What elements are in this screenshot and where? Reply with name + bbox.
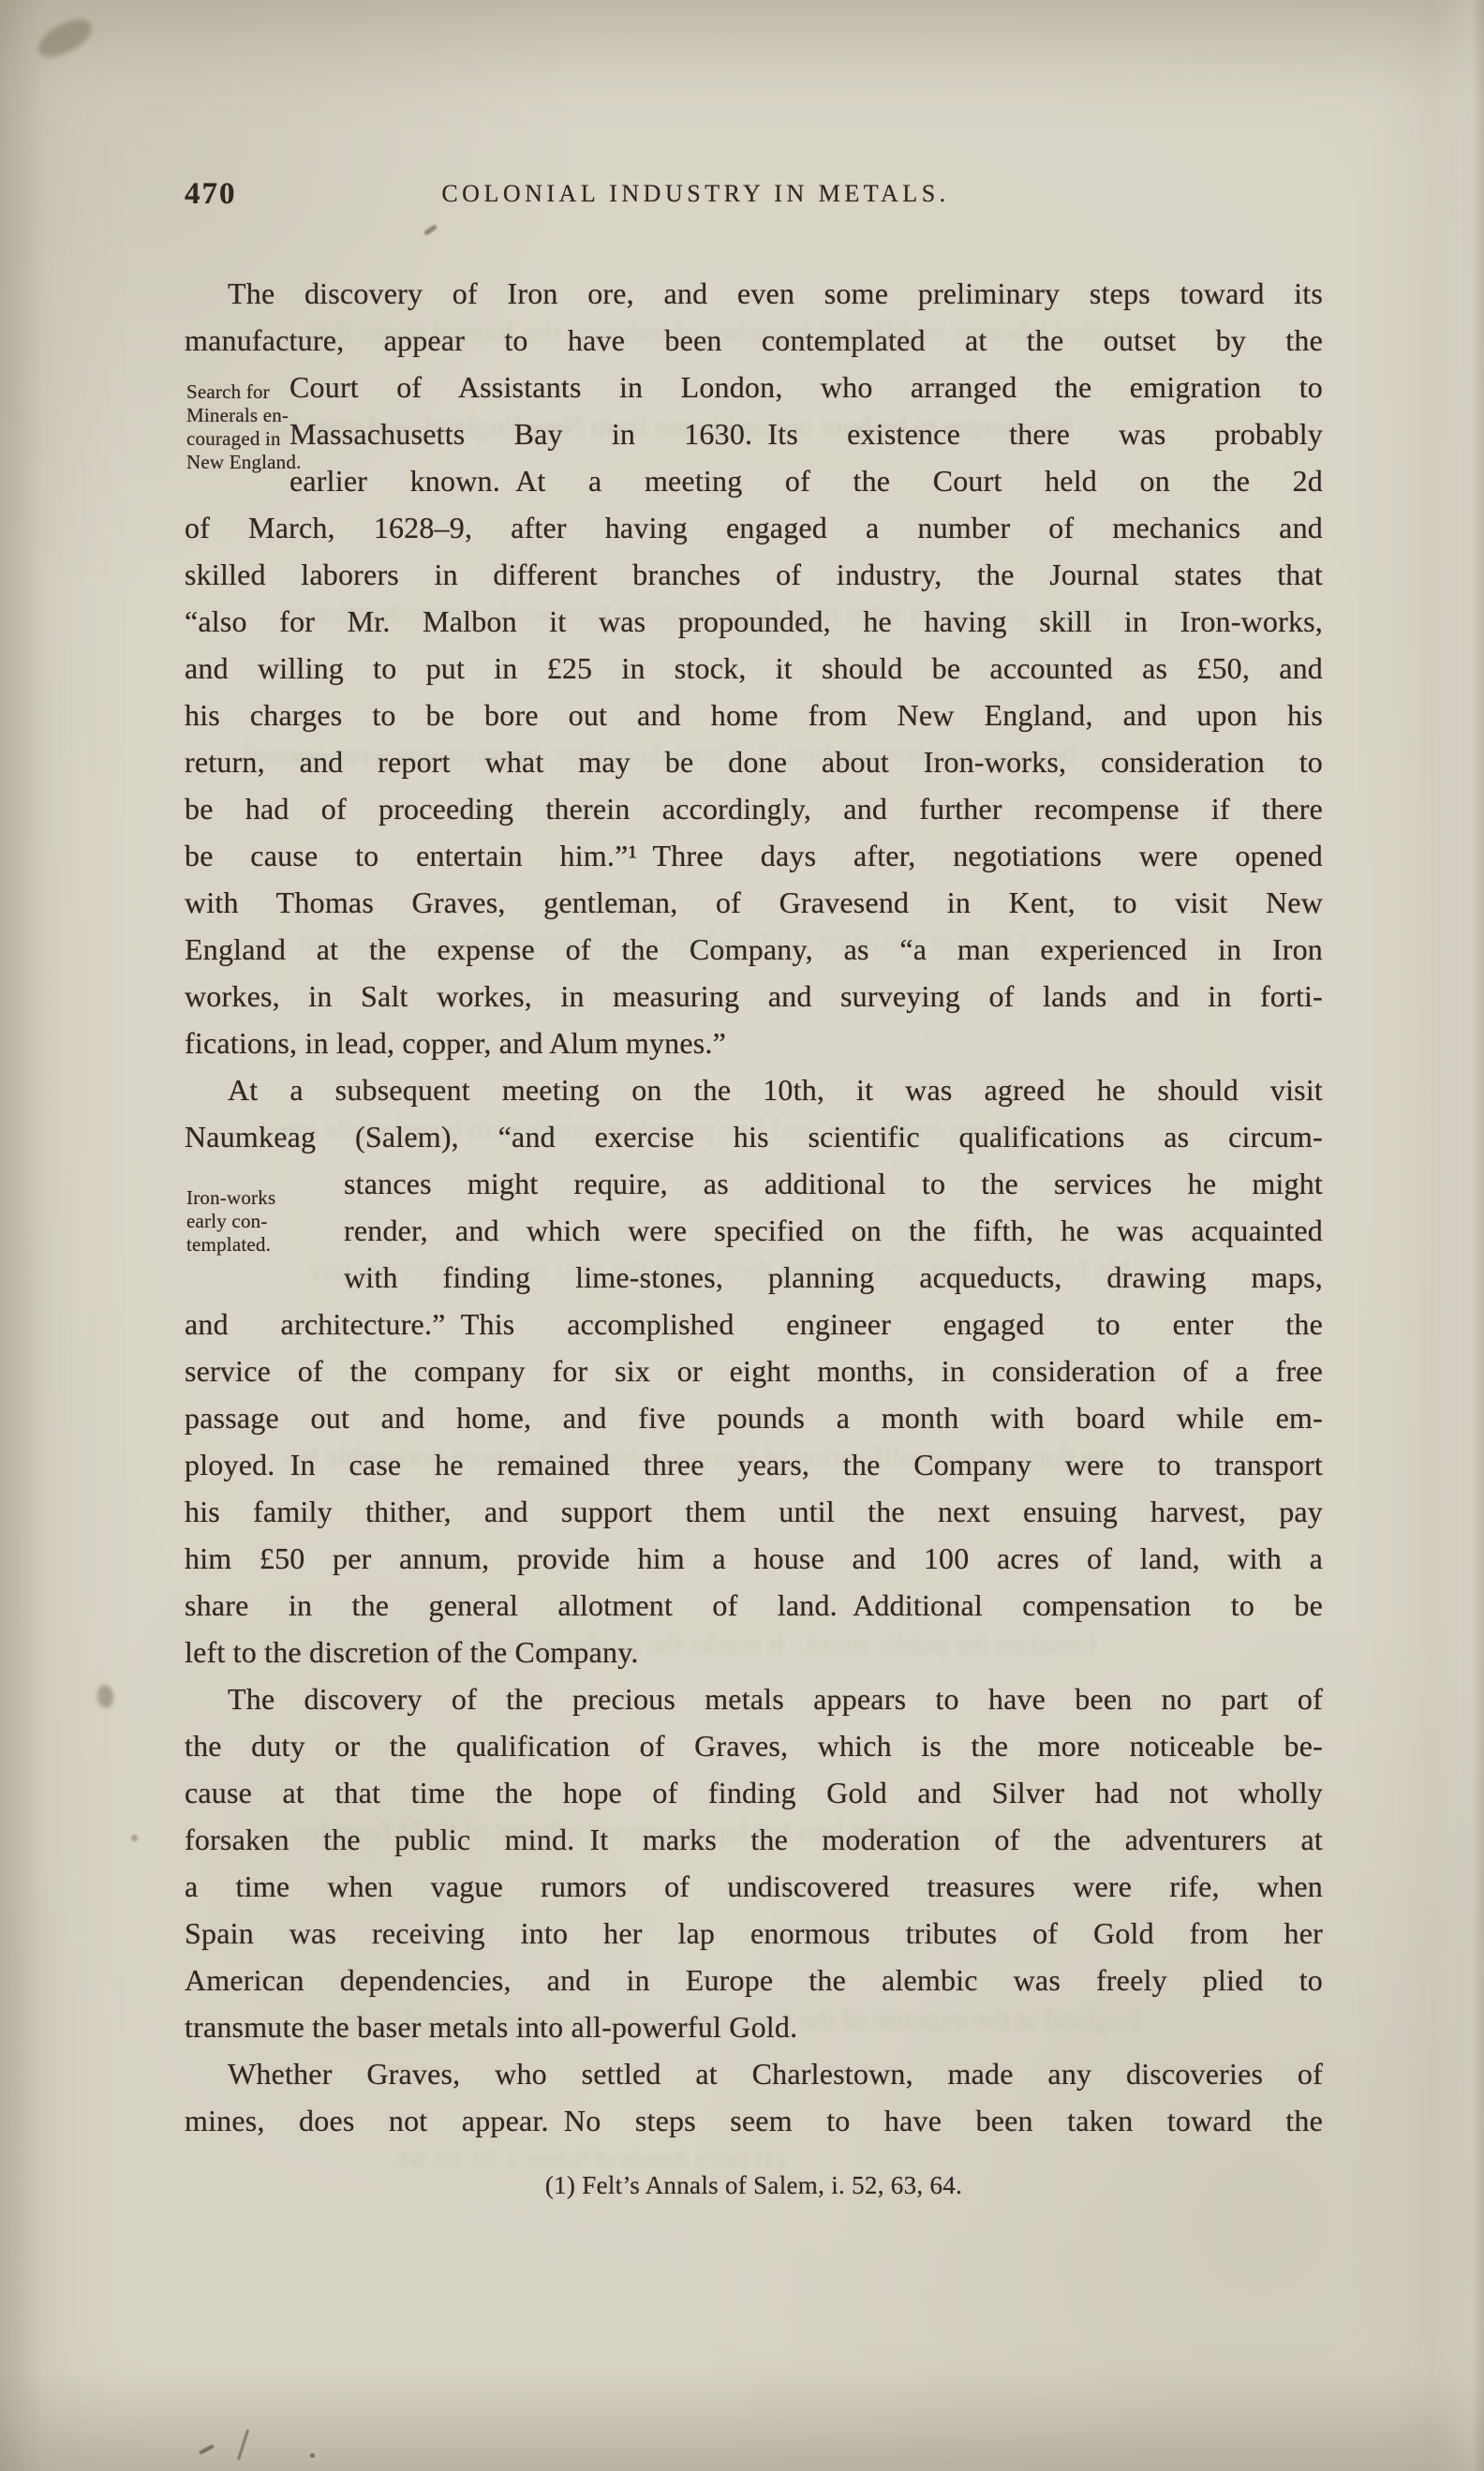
text-line: forsaken the public mind. It marks the m… <box>185 1816 1323 1863</box>
text-line: be cause to entertain him.”¹ Three days … <box>185 832 1323 879</box>
text-line: passage out and home, and five pounds a … <box>185 1394 1323 1441</box>
text-line: earlier known. At a meeting of the Court… <box>289 457 1323 504</box>
sidenote-line: New England. <box>186 451 327 474</box>
text-line: England at the expense of the Company, a… <box>185 926 1323 973</box>
text-line: Massachusetts Bay in 1630. Its existence… <box>289 410 1323 457</box>
book-page: skilled laborers in different branches o… <box>0 0 1484 2471</box>
page-number: 470 <box>185 176 237 212</box>
footnote: (1) Felt’s Annals of Salem, i. 52, 63, 6… <box>185 2169 1323 2201</box>
ink-smudge-top-left <box>33 14 97 64</box>
text-line: service of the company for six or eight … <box>185 1347 1323 1394</box>
text-line: and willing to put in £25 in stock, it s… <box>185 645 1323 692</box>
text-line: mines, does not appear. No steps seem to… <box>185 2097 1323 2144</box>
text-line: fications, in lead, copper, and Alum myn… <box>185 1020 1323 1066</box>
text-line: American dependencies, and in Europe the… <box>185 1957 1323 2003</box>
text-line: the duty or the qualification of Graves,… <box>185 1722 1323 1769</box>
text-line: return, and report what may be done abou… <box>185 738 1323 785</box>
text-line: of March, 1628–9, after having engaged a… <box>185 504 1323 551</box>
text-line: The discovery of Iron ore, and even some… <box>185 270 1323 317</box>
text-line: ployed. In case he remained three years,… <box>185 1441 1323 1488</box>
text-line: cause at that time the hope of finding G… <box>185 1769 1323 1816</box>
sidenote-line: templated. <box>186 1233 327 1257</box>
text-line: and architecture.” This accomplished eng… <box>185 1301 1323 1347</box>
ink-speck-bottom <box>310 2453 315 2458</box>
pen-stroke-bottom <box>237 2429 249 2460</box>
sidenote-search-for-minerals: Search for Minerals en- couraged in New … <box>186 380 327 474</box>
text-line: his family thither, and support them unt… <box>185 1488 1323 1535</box>
text-line: a time when vague rumors of undiscovered… <box>185 1863 1323 1910</box>
text-block: The discovery of Iron ore, and even some… <box>185 270 1323 2144</box>
text-line: with finding lime-stones, planning acque… <box>344 1254 1323 1301</box>
ink-speck-left <box>131 1835 138 1841</box>
text-line: share in the general allotment of land. … <box>185 1582 1323 1629</box>
text-line: “also for Mr. Malbon it was propounded, … <box>185 598 1323 645</box>
sidenote-line: couraged in <box>186 427 327 451</box>
ink-speck-header <box>423 224 438 236</box>
text-line: be had of proceeding therein accordingly… <box>185 785 1323 832</box>
text-line: left to the discretion of the Company. <box>185 1629 1323 1675</box>
sidenote-line: Minerals en- <box>186 404 327 427</box>
text-line: At a subsequent meeting on the 10th, it … <box>185 1066 1323 1113</box>
sidenote-line: early con- <box>186 1210 327 1233</box>
text-line: manufacture, appear to have been contemp… <box>185 317 1323 364</box>
text-line: stances might require, as additional to … <box>344 1160 1323 1207</box>
text-line: The discovery of the precious metals app… <box>185 1675 1323 1722</box>
text-line: Whether Graves, who settled at Charlesto… <box>185 2050 1323 2097</box>
text-line: Spain was receiving into her lap enormou… <box>185 1910 1323 1957</box>
running-header-title: COLONIAL INDUSTRY IN METALS. <box>441 178 949 210</box>
text-line: skilled laborers in different branches o… <box>185 551 1323 598</box>
sidenote-line: Search for <box>186 380 327 404</box>
text-line: Court of Assistants in London, who arran… <box>289 364 1323 410</box>
text-line: workes, in Salt workes, in measuring and… <box>185 973 1323 1020</box>
text-line: him £50 per annum, provide him a house a… <box>185 1535 1323 1582</box>
text-line: his charges to be bore out and home from… <box>185 692 1323 738</box>
sidenote-line: Iron-works <box>186 1186 327 1210</box>
text-line: transmute the baser metals into all-powe… <box>185 2003 1323 2050</box>
text-line: Naumkeag (Salem), “and exercise his scie… <box>185 1113 1323 1160</box>
sidenote-ironworks-contemplated: Iron-works early con- templated. <box>186 1186 327 1257</box>
text-line: render, and which were specified on the … <box>344 1207 1323 1254</box>
running-head-row: 470 COLONIAL INDUSTRY IN METALS. <box>185 176 1323 214</box>
text-line: with Thomas Graves, gentleman, of Graves… <box>185 879 1323 926</box>
pen-mark-bottom <box>199 2444 215 2455</box>
ink-smudge-left-edge <box>97 1685 113 1707</box>
